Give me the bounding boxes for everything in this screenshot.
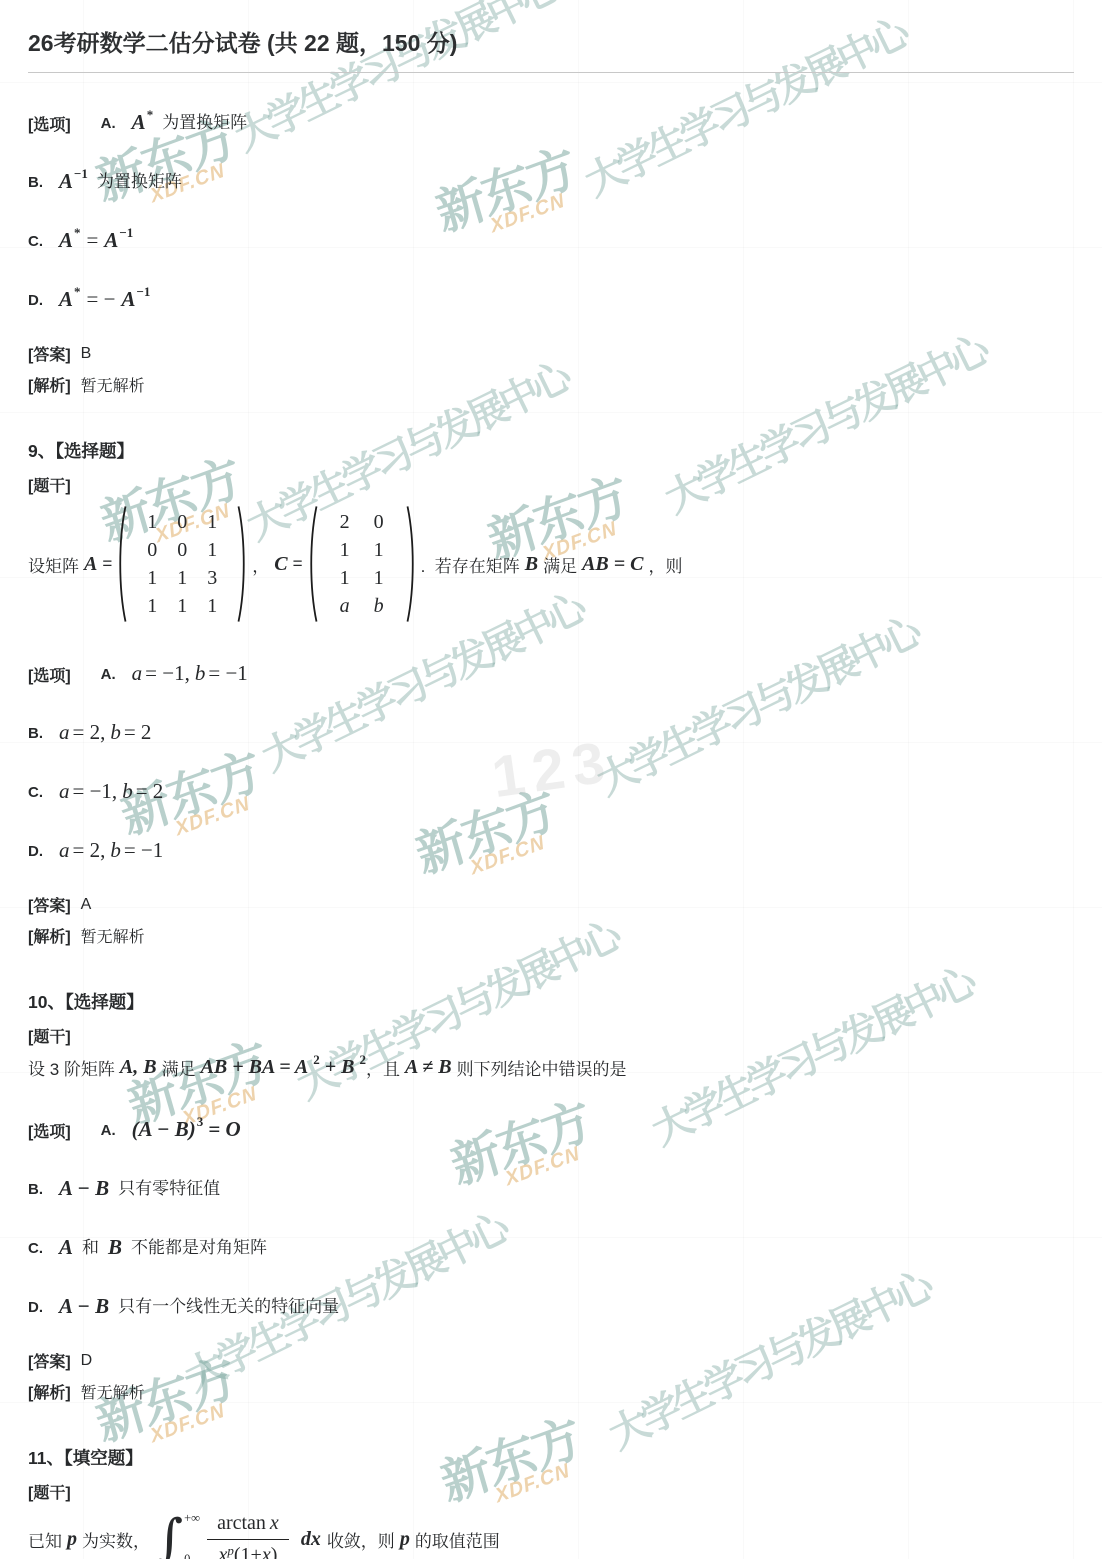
options-label: [选项] (28, 1119, 71, 1142)
math-expression: AB = C (582, 553, 643, 576)
math-var: x (270, 1512, 279, 1535)
math-expression: A ≠ B (405, 1056, 452, 1079)
stem-label: [题干] (28, 1480, 1074, 1503)
option-row-d: D. A*= −A−1 (28, 282, 1074, 318)
math-text: (1+ (234, 1544, 262, 1559)
math-superscript: p (227, 1543, 234, 1559)
math-superscript: 3 (197, 1112, 204, 1132)
matrix-cells: 101 001 113 111 (127, 504, 237, 624)
option-formula: (A − B)3= O (132, 1114, 241, 1146)
math-superscript: * (147, 105, 154, 125)
analysis-row: [解析] 暂无解析 (28, 1380, 1074, 1403)
option-row-b: B. A − B只有零特征值 (28, 1171, 1074, 1207)
exam-page: 26考研数学二估分试卷 (共 22 题，150 分) [选项] A. A*为置换… (0, 0, 1102, 1559)
question-header: 10、【选择题】 (28, 989, 1074, 1014)
question-9-block: 9、【选择题】 [题干] 设矩阵 A = 101 001 113 111 ， C… (28, 438, 1074, 947)
matrix-cell: 1 (374, 540, 384, 560)
math-var: a (59, 776, 70, 808)
stem-text: 则下列结论中错误的是 (457, 1055, 627, 1080)
analysis-label: [解析] (28, 1380, 71, 1403)
option-letter: A. (101, 666, 116, 683)
math-var: A (59, 1232, 73, 1264)
question-10-block: 10、【选择题】 [题干] 设 3 阶矩阵 A, B 满足 AB + BA = … (28, 989, 1074, 1403)
math-expression: (A − B) (132, 1114, 196, 1146)
option-row-b: B. A−1为置换矩阵 (28, 164, 1074, 200)
math-var: A (59, 166, 73, 198)
stem-text: 已知 (28, 1527, 62, 1552)
stem-text: 的取值范围 (415, 1527, 500, 1552)
option-formula: A − B只有零特征值 (59, 1173, 220, 1205)
answer-value: D (81, 1352, 93, 1370)
stem-text: ，则 (649, 552, 683, 577)
matrix-a: 101 001 113 111 (117, 504, 247, 624)
math-var: b (110, 717, 121, 749)
math-expression: = O (208, 1114, 240, 1146)
matrix-cell: 1 (147, 512, 157, 532)
analysis-value: 暂无解析 (81, 373, 145, 396)
option-text: 只有一个线性无关的特征向量 (118, 1294, 339, 1320)
answer-value: A (81, 896, 92, 914)
matrix-cell: 0 (177, 512, 187, 532)
question-8-block: [选项] A. A*为置换矩阵 B. A−1为置换矩阵 C. A*=A−1 D.… (28, 105, 1074, 396)
math-var: B (525, 553, 538, 576)
option-formula: A和B不能都是对角矩阵 (59, 1232, 267, 1264)
option-formula: a= 2,b= −1 (59, 835, 163, 867)
option-formula: a= −1,b= −1 (132, 658, 248, 690)
math-var: A (84, 553, 97, 576)
option-row-b: B. a= 2,b= 2 (28, 715, 1074, 751)
page-title: 26考研数学二估分试卷 (共 22 题，150 分) (28, 0, 1074, 58)
matrix-cell: 0 (374, 512, 384, 532)
analysis-value: 暂无解析 (81, 1380, 145, 1403)
answer-label: [答案] (28, 342, 71, 365)
stem-text: 收敛，则 (327, 1527, 395, 1552)
answer-row: [答案] A (28, 893, 1074, 916)
question-stem: 设矩阵 A = 101 001 113 111 ， C = 20 11 (28, 504, 1074, 624)
option-row-c: C. A和B不能都是对角矩阵 (28, 1230, 1074, 1266)
option-row-c: C. a= −1,b= 2 (28, 774, 1074, 810)
math-superscript: −1 (74, 164, 88, 184)
integral-upper-limit: +∞ (184, 1511, 200, 1526)
analysis-label: [解析] (28, 924, 71, 947)
math-var: b (195, 658, 206, 690)
option-formula: a= 2,b= 2 (59, 717, 151, 749)
stem-label: [题干] (28, 1024, 1074, 1047)
analysis-value: 暂无解析 (81, 924, 145, 947)
option-letter: A. (101, 1122, 116, 1139)
answer-row: [答案] B (28, 342, 1074, 365)
question-header: 11、【填空题】 (28, 1445, 1074, 1470)
math-var: b (122, 776, 133, 808)
option-row-d: D. A − B只有一个线性无关的特征向量 (28, 1289, 1074, 1325)
math-var: p (400, 1528, 410, 1551)
matrix-cell: 1 (207, 512, 217, 532)
integral-limits: +∞ 0 (184, 1511, 200, 1559)
matrix-cell: 1 (207, 596, 217, 616)
matrix-cell: 0 (177, 540, 187, 560)
analysis-row: [解析] 暂无解析 (28, 373, 1074, 396)
math-var: b (110, 835, 121, 867)
matrix-cells: 20 11 11 ab (318, 504, 406, 624)
math-text: = 2, (73, 835, 106, 867)
integral-lower-limit: 0 (184, 1552, 200, 1559)
integral-sign: ∫ (156, 1517, 183, 1559)
answer-value: B (81, 345, 92, 363)
math-expression: AB + BA = A (201, 1056, 309, 1079)
analysis-row: [解析] 暂无解析 (28, 924, 1074, 947)
matrix-cell: b (374, 596, 384, 616)
question-11-block: 11、【填空题】 [题干] 已知 p 为实数， ∫ +∞ 0 arctanx x… (28, 1445, 1074, 1559)
math-superscript: 2 (360, 1052, 367, 1068)
math-superscript: * (74, 282, 81, 302)
answer-row: [答案] D (28, 1349, 1074, 1372)
math-var: A, B (120, 1056, 157, 1079)
stem-text: . 若存在矩阵 (421, 552, 520, 577)
option-letter: C. (28, 233, 43, 250)
stem-text: 设 3 阶矩阵 (28, 1055, 115, 1080)
matrix-cell: 1 (147, 568, 157, 588)
option-formula: A*为置换矩阵 (132, 107, 248, 139)
stem-text: 为实数， (82, 1527, 150, 1552)
math-var: C (274, 553, 287, 576)
math-var: B (108, 1232, 122, 1264)
answer-label: [答案] (28, 893, 71, 916)
options-label: [选项] (28, 663, 71, 686)
math-var: a (132, 658, 143, 690)
math-var: x (262, 1544, 271, 1559)
matrix-paren-right (237, 504, 247, 624)
math-superscript: * (74, 223, 81, 243)
math-var: A (121, 284, 135, 316)
math-text: = 2 (136, 776, 164, 808)
stem-text: 设矩阵 (28, 552, 79, 577)
math-var: a (59, 717, 70, 749)
option-row-a: [选项] A. a= −1,b= −1 (28, 656, 1074, 692)
matrix-cell: 1 (207, 540, 217, 560)
matrix-cell: 3 (207, 568, 217, 588)
math-text: = −1 (208, 658, 247, 690)
option-letter: D. (28, 292, 43, 309)
stem-text: 满足 (162, 1055, 196, 1080)
math-var: A (132, 107, 146, 139)
option-letter: D. (28, 1299, 43, 1316)
option-letter: B. (28, 174, 43, 191)
option-text: 为置换矩阵 (97, 169, 182, 195)
option-letter: B. (28, 725, 43, 742)
matrix-cell: a (340, 596, 350, 616)
option-formula: A*=A−1 (59, 225, 133, 257)
integral-expression: ∫ +∞ 0 arctanx xp(1+x) dx (156, 1511, 321, 1559)
stem-text: 满足 (543, 552, 577, 577)
math-text: = −1, (73, 776, 118, 808)
question-stem: 设 3 阶矩阵 A, B 满足 AB + BA = A2 + B2 ，且 A ≠… (28, 1055, 1074, 1080)
math-text: = 2 (124, 717, 152, 749)
math-text: = 2, (73, 717, 106, 749)
math-operator: = (293, 554, 303, 574)
math-superscript: −1 (136, 282, 150, 302)
option-text: 和 (82, 1235, 99, 1261)
math-function: arctan (217, 1512, 266, 1535)
option-formula: A−1为置换矩阵 (59, 166, 182, 198)
math-expression: A − B (59, 1173, 109, 1205)
stem-text: ，且 (366, 1055, 400, 1080)
option-text: 只有零特征值 (118, 1176, 220, 1202)
option-formula: A − B只有一个线性无关的特征向量 (59, 1291, 339, 1323)
option-letter: B. (28, 1181, 43, 1198)
matrix-c: 20 11 11 ab (308, 504, 416, 624)
option-row-d: D. a= 2,b= −1 (28, 833, 1074, 869)
fraction: arctanx xp(1+x) (207, 1512, 289, 1559)
fraction-numerator: arctanx (207, 1512, 289, 1540)
matrix-paren-left (308, 504, 318, 624)
answer-label: [答案] (28, 1349, 71, 1372)
option-letter: A. (101, 115, 116, 132)
math-var: A (104, 225, 118, 257)
matrix-cell: 1 (340, 568, 350, 588)
option-text: 为置换矩阵 (162, 110, 247, 136)
options-label: [选项] (28, 112, 71, 135)
math-text: = −1, (145, 658, 190, 690)
math-expression: + B (325, 1056, 355, 1079)
math-expression: A − B (59, 1291, 109, 1323)
fraction-denominator: xp(1+x) (218, 1540, 277, 1559)
question-header: 9、【选择题】 (28, 438, 1074, 463)
matrix-cell: 1 (177, 596, 187, 616)
option-formula: A*= −A−1 (59, 284, 150, 316)
math-var: p (67, 1528, 77, 1551)
math-superscript: −1 (119, 223, 133, 243)
math-operator: = (102, 554, 112, 574)
math-operator: = − (87, 284, 116, 316)
matrix-cell: 1 (374, 568, 384, 588)
matrix-cell: 0 (147, 540, 157, 560)
matrix-cell: 1 (177, 568, 187, 588)
math-var: a (59, 835, 70, 867)
matrix-cell: 1 (340, 540, 350, 560)
differential: dx (301, 1528, 321, 1551)
matrix-cell: 2 (340, 512, 350, 532)
option-formula: a= −1,b= 2 (59, 776, 163, 808)
option-letter: C. (28, 1240, 43, 1257)
matrix-cell: 1 (147, 596, 157, 616)
analysis-label: [解析] (28, 373, 71, 396)
option-text: 不能都是对角矩阵 (131, 1235, 267, 1261)
stem-label: [题干] (28, 473, 1074, 496)
math-text: = −1 (124, 835, 163, 867)
option-row-c: C. A*=A−1 (28, 223, 1074, 259)
option-row-a: [选项] A. A*为置换矩阵 (28, 105, 1074, 141)
math-var: A (59, 284, 73, 316)
question-stem: 已知 p 为实数， ∫ +∞ 0 arctanx xp(1+x) dx 收敛，则… (28, 1511, 1074, 1559)
option-letter: C. (28, 784, 43, 801)
math-var: A (59, 225, 73, 257)
option-letter: D. (28, 843, 43, 860)
matrix-paren-right (406, 504, 416, 624)
option-row-a: [选项] A. (A − B)3= O (28, 1112, 1074, 1148)
matrix-paren-left (117, 504, 127, 624)
math-text: ) (271, 1544, 278, 1559)
math-operator: = (87, 225, 99, 257)
math-superscript: 2 (313, 1052, 320, 1068)
title-divider (28, 72, 1074, 73)
stem-text: ， (252, 552, 269, 577)
